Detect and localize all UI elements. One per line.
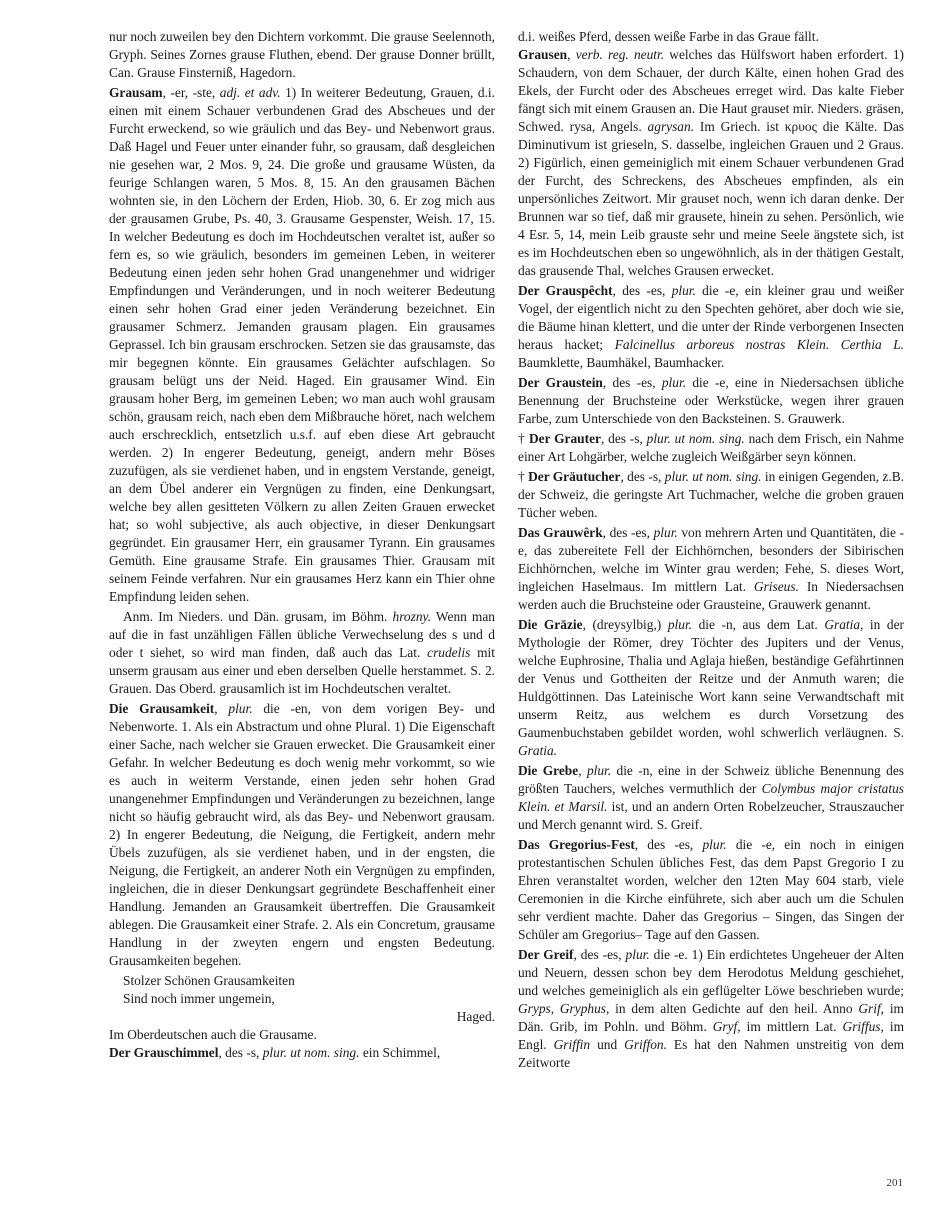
entry-grausamkeit: Die Grausamkeit, plur. die -en, von dem … xyxy=(109,700,495,970)
headword: Die Grebe xyxy=(518,763,578,778)
entry-gregorius-fest: Das Gregorius-Fest, des -es, plur. die -… xyxy=(518,836,904,944)
headword: Der Gräutucher xyxy=(528,469,620,484)
grammar-label: plur. xyxy=(702,837,726,852)
grammar-label: plur. xyxy=(668,617,692,632)
definition: ein Schimmel, xyxy=(359,1045,440,1060)
grammar-label: plur. ut nom. sing. xyxy=(263,1045,360,1060)
grammar-label: verb. reg. neutr. xyxy=(576,47,664,62)
grammar-label: plur. xyxy=(228,701,252,716)
grammar-label: plur. xyxy=(626,947,650,962)
entry-grebe: Die Grebe, plur. die -n, eine in der Sch… xyxy=(518,762,904,834)
cross-reference: Gratia. xyxy=(518,743,557,758)
grammar-label: plur. ut nom. sing. xyxy=(665,469,762,484)
entry-grauter: † Der Grauter, des -s, plur. ut nom. sin… xyxy=(518,430,904,466)
grammar-label: adj. et adv. xyxy=(220,85,281,100)
grammar-label: plur. xyxy=(654,525,678,540)
latin-name: Falcinellus arboreus nostras Klein. Cert… xyxy=(615,337,904,352)
headword: Der Greif xyxy=(518,947,574,962)
page-number: 201 xyxy=(887,1174,904,1192)
annotation-paragraph: Anm. Im Nieders. und Dän. grusam, im Böh… xyxy=(109,608,495,698)
headword: Der Grauspêcht xyxy=(518,283,613,298)
headword: Der Grauter xyxy=(529,431,601,446)
entry-grauspecht: Der Grauspêcht, des -es, plur. die -e, e… xyxy=(518,282,904,372)
definition: die -en, von dem vorigen Bey- und Nebenw… xyxy=(109,701,495,968)
headword: Die Grāzie xyxy=(518,617,583,632)
headword: Das Gregorius-Fest xyxy=(518,837,635,852)
continuation-paragraph: d.i. weißes Pferd, dessen weiße Farbe in… xyxy=(518,28,904,46)
headword: Grausam xyxy=(109,85,163,100)
entry-grausen: Grausen, verb. reg. neutr. welches das H… xyxy=(518,46,904,280)
continuation-paragraph: nur noch zuweilen bey den Dichtern vorko… xyxy=(109,28,495,82)
grammar-label: plur. xyxy=(672,283,696,298)
right-column: d.i. weißes Pferd, dessen weiße Farbe in… xyxy=(518,28,904,1074)
headword: Der Grauschimmel xyxy=(109,1045,218,1060)
entry-grazie: Die Grāzie, (dreysylbig,) plur. die -n, … xyxy=(518,616,904,760)
entry-graustein: Der Graustein, des -es, plur. die -e, ei… xyxy=(518,374,904,428)
grammar-label: plur. ut nom. sing. xyxy=(647,431,745,446)
grammar-label: plur. xyxy=(587,763,611,778)
headword: Das Grauwêrk xyxy=(518,525,603,540)
oberdeutsch-note: Im Oberdeutschen auch die Grausame. xyxy=(109,1026,495,1044)
left-column: nur noch zuweilen bey den Dichtern vorko… xyxy=(109,28,495,1064)
obsolete-dagger-icon: † xyxy=(518,431,529,446)
entry-grauschimmel: Der Grauschimmel, des -s, plur. ut nom. … xyxy=(109,1044,495,1062)
entry-greif: Der Greif, des -es, plur. die -e. 1) Ein… xyxy=(518,946,904,1072)
verse-line-2: Sind noch immer ungemein, xyxy=(109,990,495,1008)
headword: Der Graustein xyxy=(518,375,603,390)
definition: 1) In weiterer Bedeutung, Grauen, d.i. e… xyxy=(109,85,495,604)
dictionary-page: nur noch zuweilen bey den Dichtern vorko… xyxy=(0,0,935,1210)
entry-grautucher: † Der Gräutucher, des -s, plur. ut nom. … xyxy=(518,468,904,522)
headword: Grausen xyxy=(518,47,567,62)
verse-source: Haged. xyxy=(109,1008,495,1026)
headword: Die Grausamkeit xyxy=(109,701,214,716)
verse-line-1: Stolzer Schönen Grausamkeiten xyxy=(109,972,495,990)
entry-grausam: Grausam, -er, -ste, adj. et adv. 1) In w… xyxy=(109,84,495,606)
grammar-label: plur. xyxy=(662,375,686,390)
entry-grauwerk: Das Grauwêrk, des -es, plur. von mehrern… xyxy=(518,524,904,614)
latin-name: Griseus. xyxy=(754,579,799,594)
latin-name: Gratia, xyxy=(824,617,863,632)
obsolete-dagger-icon: † xyxy=(518,469,528,484)
